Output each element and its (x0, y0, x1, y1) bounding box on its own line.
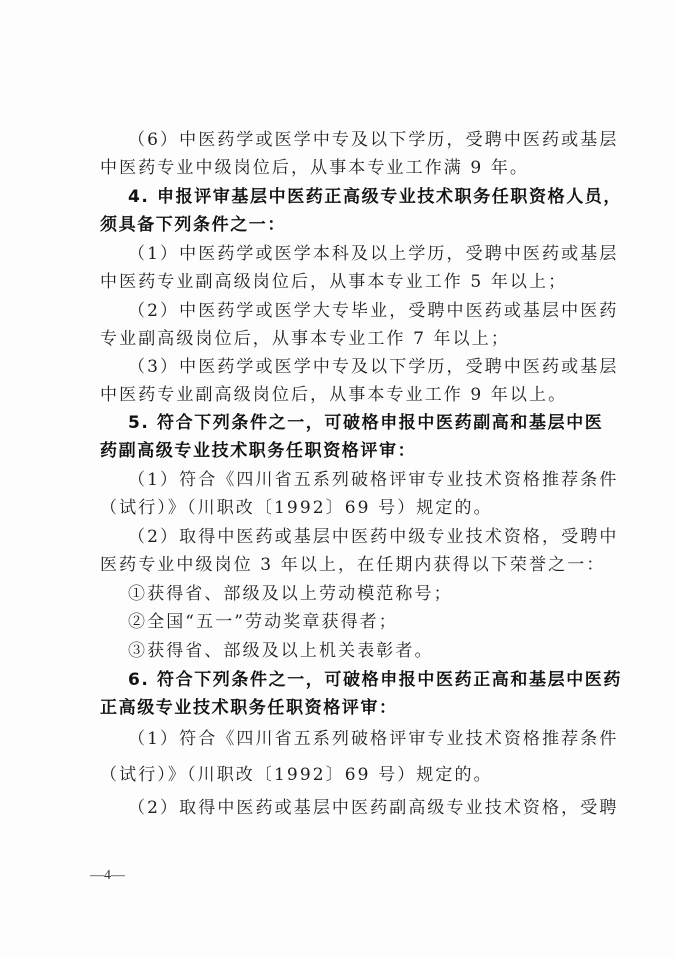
paragraph-line: （1）中医药学或医学本科及以上学历，受聘中医药或基层 (128, 240, 610, 268)
list-item: ②全国“五一”劳动奖章获得者； (128, 608, 610, 636)
document-page: （6）中医药学或医学中专及以下学历，受聘中医药或基层 中医药专业中级岗位后，从事… (0, 0, 676, 957)
paragraph-line: 中医药专业副高级岗位后，从事本专业工作 9 年以上。 (100, 381, 610, 409)
section-heading-4-cont: 须具备下列条件之一： (100, 211, 610, 239)
paragraph-line: （2）取得中医药或基层中医药副高级专业技术资格，受聘 (128, 794, 610, 822)
paragraph-line: （试行）》（川职改〔1992〕69 号）规定的。 (100, 761, 610, 789)
paragraph-line: （6）中医药学或医学中专及以下学历，受聘中医药或基层 (128, 126, 610, 154)
paragraph-line: （2）取得中医药或基层中医药中级专业技术资格，受聘中 (128, 523, 610, 551)
paragraph-line: （3）中医药学或医学中专及以下学历，受聘中医药或基层 (128, 353, 610, 381)
paragraph-line: （1）符合《四川省五系列破格评审专业技术资格推荐条件 (128, 466, 610, 494)
list-item: ①获得省、部级及以上劳动模范称号； (128, 580, 610, 608)
section-heading-6: 6. 符合下列条件之一，可破格申报中医药正高和基层中医药 (128, 666, 610, 694)
section-heading-4: 4. 申报评审基层中医药正高级专业技术职务任职资格人员， (128, 183, 610, 211)
paragraph-line: 医药专业中级岗位 3 年以上，在任期内获得以下荣誉之一： (100, 551, 610, 579)
section-heading-5: 5. 符合下列条件之一，可破格申报中医药副高和基层中医 (128, 409, 610, 437)
list-item: ③获得省、部级及以上机关表彰者。 (128, 637, 610, 665)
paragraph-line: 中医药专业副高级岗位后，从事本专业工作 5 年以上； (100, 268, 610, 296)
section-heading-5-cont: 药副高级专业技术职务任职资格评审： (100, 437, 610, 465)
paragraph-line: （2）中医药学或医学大专毕业，受聘中医药或基层中医药 (128, 297, 610, 325)
paragraph-line: 专业副高级岗位后，从事本专业工作 7 年以上； (100, 325, 610, 353)
paragraph-line: （试行）》（川职改〔1992〕69 号）规定的。 (100, 494, 610, 522)
page-number: —4— (90, 866, 125, 886)
section-heading-6-cont: 正高级专业技术职务任职资格评审： (100, 694, 610, 722)
paragraph-line: （1）符合《四川省五系列破格评审专业技术资格推荐条件 (128, 725, 610, 753)
paragraph-line: 中医药专业中级岗位后，从事本专业工作满 9 年。 (100, 154, 610, 182)
